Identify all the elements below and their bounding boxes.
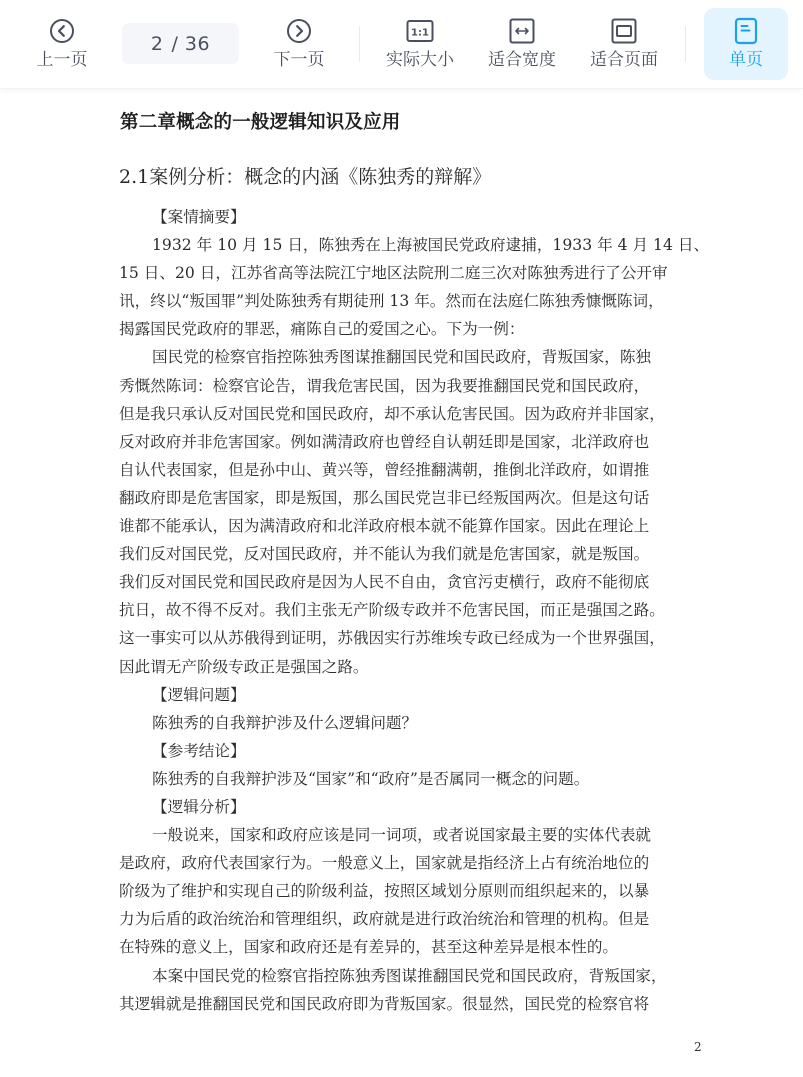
text-line: 反对政府并非危害国家。例如满清政府也曾经自认朝廷即是国家，北洋政府也 (119, 428, 699, 456)
fit-page-icon (611, 16, 637, 46)
chevron-left-circle-icon (49, 16, 75, 46)
fit-page-label: 适合页面 (590, 50, 658, 70)
prev-page-button[interactable]: 上一页 (30, 8, 94, 80)
fit-width-icon (509, 16, 535, 46)
text-line: 翻政府即是危害国家，即是叛国，那么国民党岂非已经叛国两次。但是这句话 (119, 484, 699, 512)
current-page[interactable]: 2 (151, 33, 164, 55)
section-title: 2.1案例分析：概念的内涵《陈独秀的辩解》 (119, 162, 491, 189)
toolbar-divider (685, 26, 686, 62)
text-line: 【逻辑问题】 (119, 681, 699, 709)
single-page-button[interactable]: 单页 (704, 8, 788, 80)
text-line: 我们反对国民党，反对国民政府，并不能认为我们就是危害国家，就是叛国。 (119, 540, 699, 568)
text-line: 揭露国民党政府的罪恶，痛陈自己的爱国之心。下为一例： (119, 315, 699, 343)
next-page-button[interactable]: 下一页 (267, 8, 331, 80)
actual-size-icon: 1:1 (406, 16, 434, 46)
text-line: 谁都不能承认，因为满清政府和北洋政府根本就不能算作国家。因此在理论上 (119, 512, 699, 540)
page-number-input[interactable]: 2 / 36 (122, 23, 239, 64)
text-line: 陈独秀的自我辩护涉及什么逻辑问题？ (119, 709, 699, 737)
single-page-icon (734, 16, 758, 46)
prev-page-label: 上一页 (37, 50, 88, 70)
next-page-label: 下一页 (274, 50, 325, 70)
fit-width-button[interactable]: 适合宽度 (482, 8, 562, 80)
single-page-label: 单页 (729, 50, 763, 70)
text-line: 【案情摘要】 (119, 203, 699, 231)
actual-size-button[interactable]: 1:1 实际大小 (380, 8, 460, 80)
chapter-title: 第二章概念的一般逻辑知识及应用 (120, 108, 401, 134)
text-line: 15 日、20 日，江苏省高等法院江宁地区法院刑二庭三次对陈独秀进行了公开审 (119, 259, 699, 287)
text-line: 力为后盾的政治统治和管理组织，政府就是进行政治统治和管理的机构。但是 (119, 905, 699, 933)
text-line: 陈独秀的自我辩护涉及“国家”和“政府”是否属同一概念的问题。 (119, 765, 699, 793)
document-body: 【案情摘要】1932 年 10 月 15 日，陈独秀在上海被国民党政府逮捕，19… (119, 203, 699, 1018)
fit-page-button[interactable]: 适合页面 (584, 8, 664, 80)
text-line: 我们反对国民党和国民政府是因为人民不自由，贪官污吏横行，政府不能彻底 (119, 568, 699, 596)
text-line: 其逻辑就是推翻国民党和国民政府即为背叛国家。很显然，国民党的检察官将 (119, 990, 699, 1018)
text-line: 讯，终以“叛国罪”判处陈独秀有期徒刑 13 年。然而在法庭仁陈独秀慷慨陈词， (119, 287, 699, 315)
document-page: 第二章概念的一般逻辑知识及应用 2.1案例分析：概念的内涵《陈独秀的辩解》 【案… (0, 89, 803, 1077)
text-line: 抗日，故不得不反对。我们主张无产阶级专政并不危害民国，而正是强国之路。 (119, 596, 699, 624)
svg-text:1:1: 1:1 (411, 28, 429, 39)
text-line: 秀慨然陈词：检察官论告，谓我危害民国，因为我要推翻国民党和国民政府， (119, 372, 699, 400)
actual-size-label: 实际大小 (386, 50, 454, 70)
text-line: 这一事实可以从苏俄得到证明，苏俄因实行苏维埃专政已经成为一个世界强国， (119, 624, 699, 652)
chevron-right-circle-icon (286, 16, 312, 46)
text-line: 【参考结论】 (119, 737, 699, 765)
total-pages: / 36 (171, 33, 210, 55)
text-line: 【逻辑分析】 (119, 793, 699, 821)
text-line: 一般说来，国家和政府应该是同一词项，或者说国家最主要的实体代表就 (119, 821, 699, 849)
text-line: 在特殊的意义上，国家和政府还是有差异的，甚至这种差异是根本性的。 (119, 933, 699, 961)
text-line: 本案中国民党的检察官指控陈独秀图谋推翻国民党和国民政府，背叛国家， (119, 962, 699, 990)
text-line: 自认代表国家，但是孙中山、黄兴等，曾经推翻满朝，推倒北洋政府，如谓推 (119, 456, 699, 484)
toolbar-divider (359, 26, 360, 62)
text-line: 1932 年 10 月 15 日，陈独秀在上海被国民党政府逮捕，1933 年 4… (119, 231, 699, 259)
text-line: 但是我只承认反对国民党和国民政府，却不承认危害民国。因为政府并非国家， (119, 400, 699, 428)
pdf-toolbar: 上一页 2 / 36 下一页 1:1 实际大小 适合宽度 适合页面 单页 (0, 0, 803, 89)
text-line: 国民党的检察官指控陈独秀图谋推翻国民党和国民政府，背叛国家，陈独 (119, 343, 699, 371)
text-line: 阶级为了维护和实现自己的阶级利益，按照区域划分原则而组织起来的，以暴 (119, 877, 699, 905)
text-line: 因此谓无产阶级专政正是强国之路。 (119, 653, 699, 681)
fit-width-label: 适合宽度 (488, 50, 556, 70)
page-number: 2 (694, 1040, 702, 1054)
text-line: 是政府，政府代表国家行为。一般意义上，国家就是指经济上占有统治地位的 (119, 849, 699, 877)
